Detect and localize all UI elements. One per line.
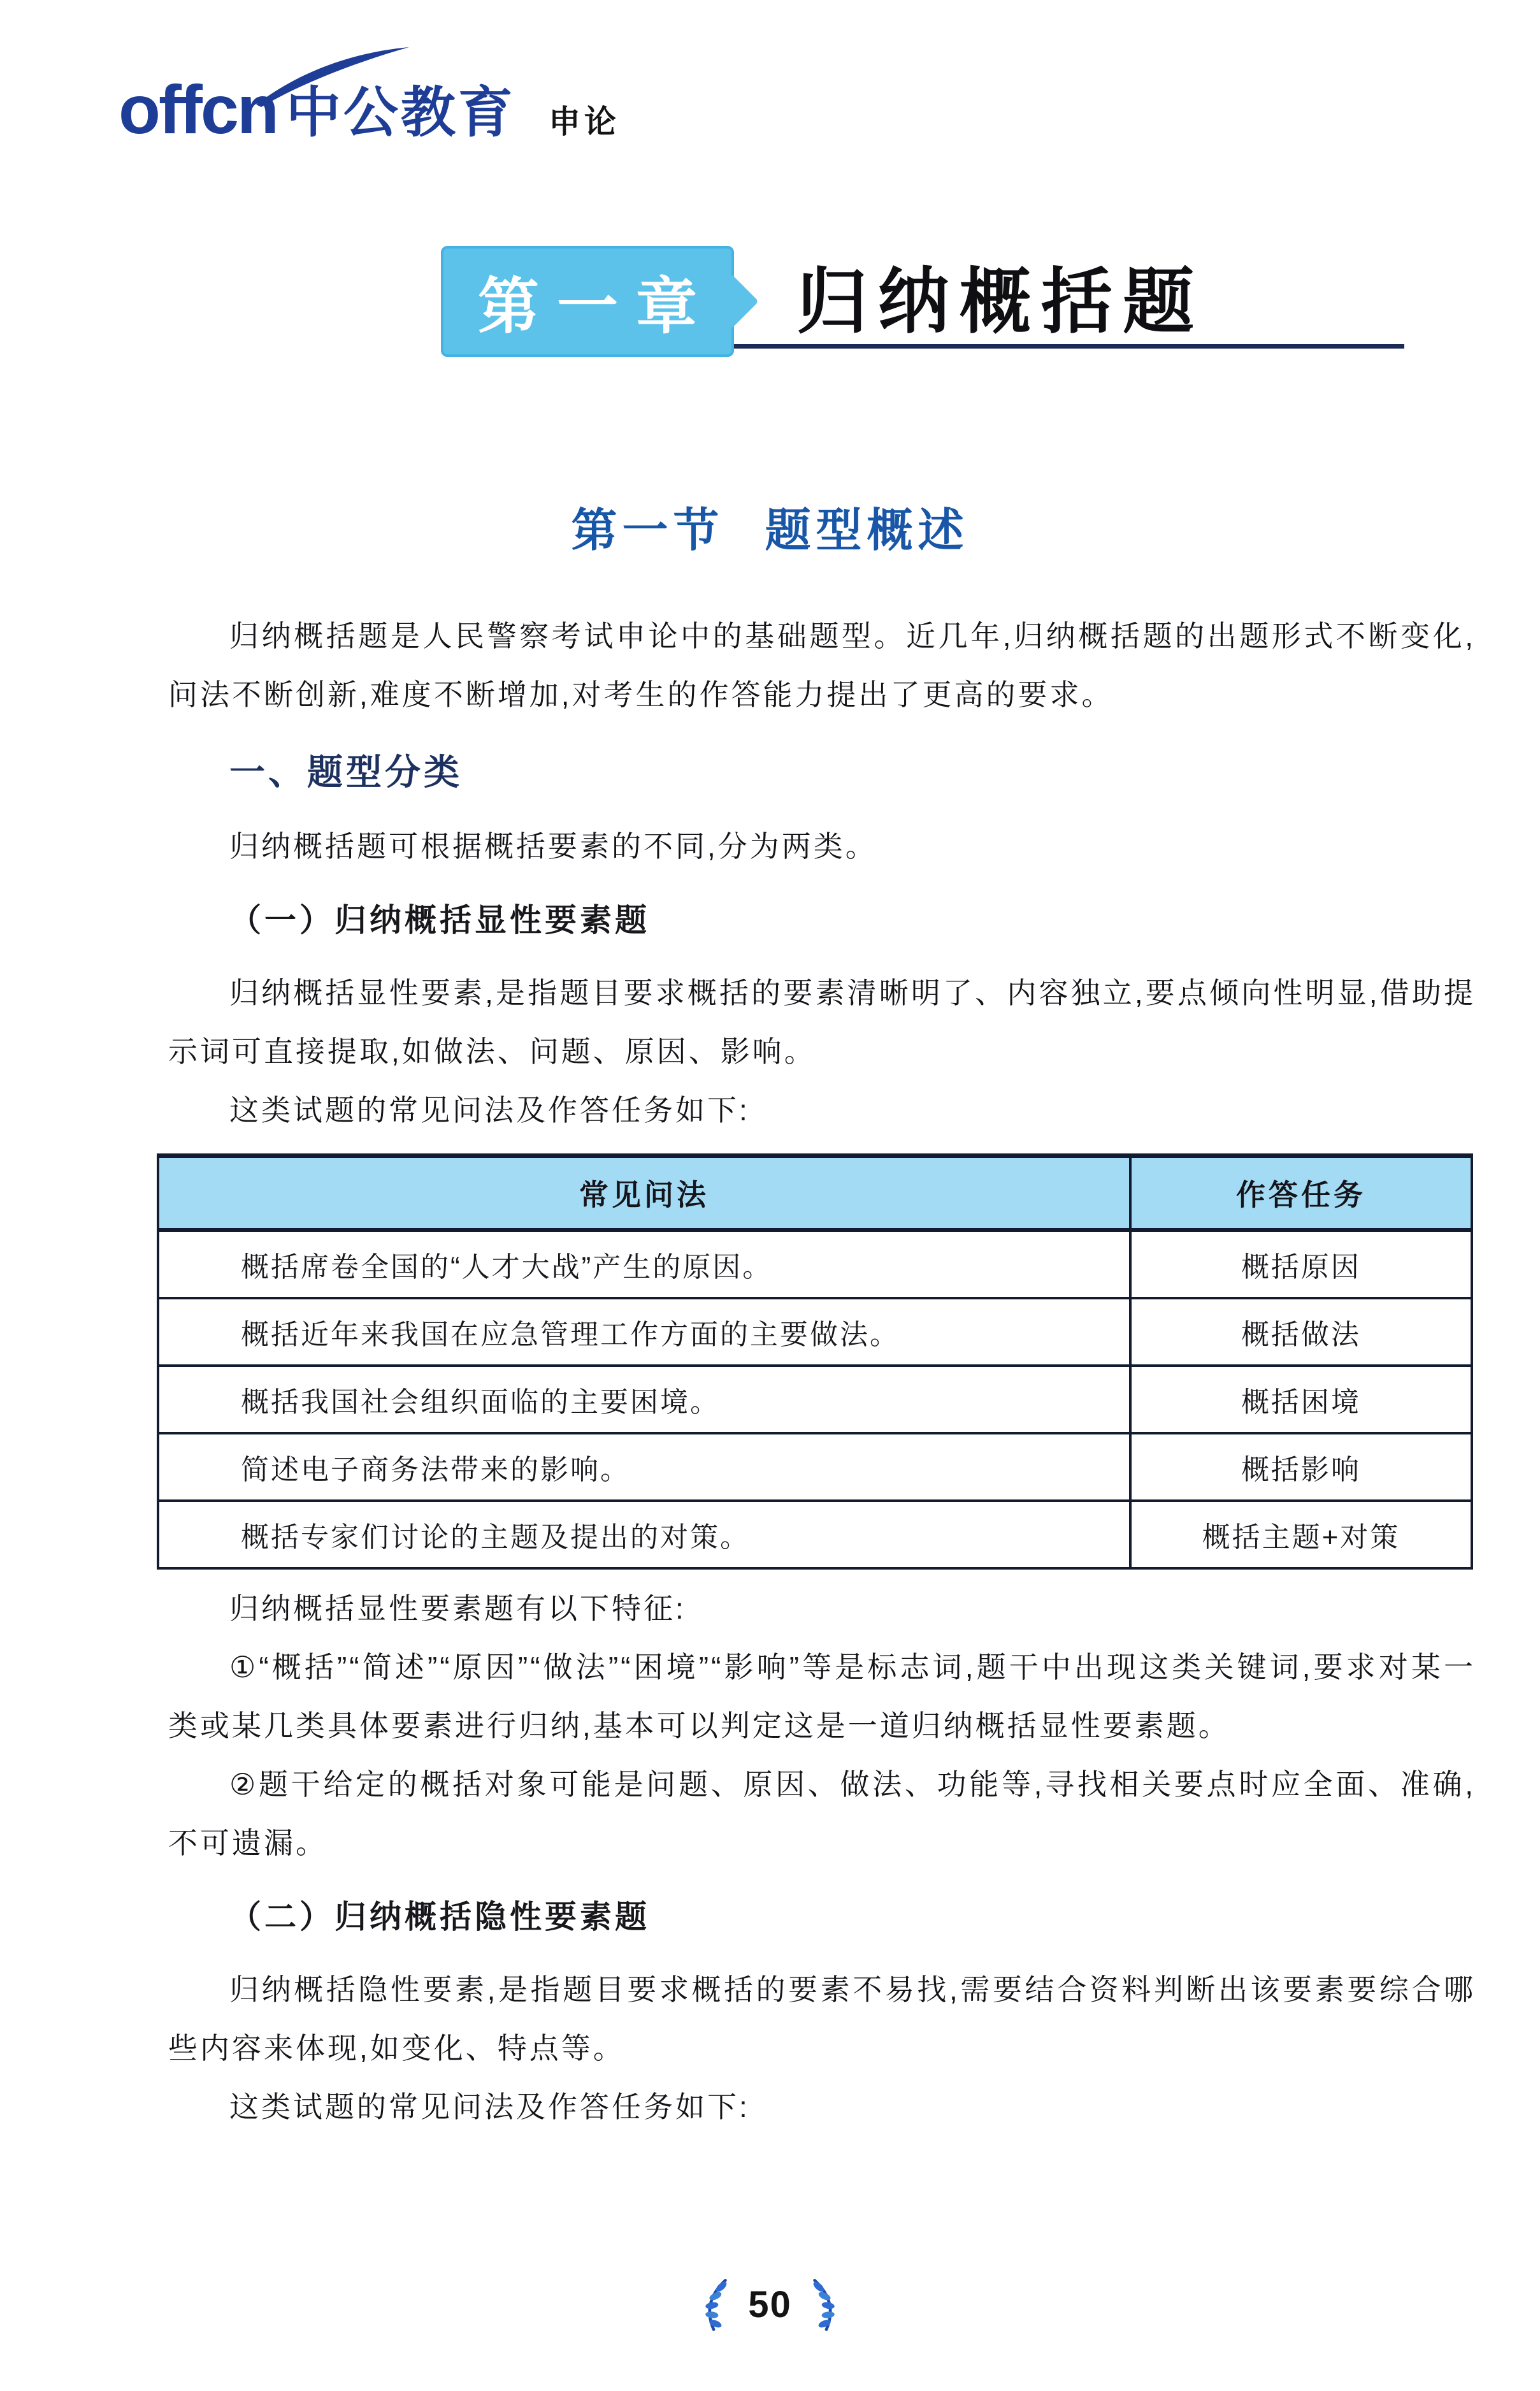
laurel-left-icon xyxy=(700,2276,729,2332)
features-lead-paragraph: 归纳概括显性要素题有以下特征: xyxy=(168,1579,1476,1638)
section-title: 题型概述 xyxy=(765,505,969,556)
question-cell: 概括近年来我国在应急管理工作方面的主要做法。 xyxy=(158,1298,1130,1366)
table-row: 概括席卷全国的“人才大战”产生的原因。 概括原因 xyxy=(158,1230,1472,1298)
offcn-swoosh-icon xyxy=(252,46,412,107)
feature-1-paragraph: ①“概括”“简述”“原因”“做法”“困境”“影响”等是标志词,题干中出现这类关键… xyxy=(168,1638,1476,1755)
classify-paragraph: 归纳概括题可根据概括要素的不同,分为两类。 xyxy=(168,817,1476,876)
laurel-right-icon xyxy=(811,2276,840,2332)
intro-paragraph: 归纳概括题是人民警察考试申论中的基础题型。近几年,归纳概括题的出题形式不断变化,… xyxy=(168,607,1476,724)
table-row: 概括专家们讨论的主题及提出的对策。 概括主题+对策 xyxy=(158,1501,1472,1568)
section-number: 第一节 xyxy=(571,505,724,556)
section-heading: 第一节题型概述 xyxy=(0,493,1540,560)
table-lead-implicit: 这类试题的常见问法及作答任务如下: xyxy=(168,2077,1476,2136)
book-page: offcn 中公教育 申论 第一章 归纳概括题 第一节题型概述 归纳概括题是人民… xyxy=(0,0,1540,2391)
chapter-title: 归纳概括题 xyxy=(796,245,1204,347)
task-cell: 概括原因 xyxy=(1130,1230,1472,1298)
heading-type-classification: 一、题型分类 xyxy=(168,740,1476,804)
body-text-lower: 归纳概括显性要素题有以下特征: ①“概括”“简述”“原因”“做法”“困境”“影响… xyxy=(168,1579,1476,2136)
table-header-row: 常见问法 作答任务 xyxy=(158,1156,1472,1231)
brand-logo: offcn 中公教育 申论 xyxy=(119,75,620,144)
table-lead-explicit: 这类试题的常见问法及作答任务如下: xyxy=(168,1081,1476,1139)
feature-2-paragraph: ②题干给定的概括对象可能是问题、原因、做法、功能等,寻找相关要点时应全面、准确,… xyxy=(168,1755,1476,1872)
question-cell: 概括我国社会组织面临的主要困境。 xyxy=(158,1366,1130,1433)
question-cell: 概括席卷全国的“人才大战”产生的原因。 xyxy=(158,1230,1130,1298)
task-cell: 概括做法 xyxy=(1130,1298,1472,1366)
table-header-task: 作答任务 xyxy=(1130,1156,1472,1231)
chapter-badge-label: 第一章 xyxy=(460,258,715,345)
table-row: 简述电子商务法带来的影响。 概括影响 xyxy=(158,1433,1472,1501)
offcn-wordmark: offcn xyxy=(119,75,277,144)
page-number: 50 xyxy=(748,2283,792,2326)
explicit-definition-paragraph: 归纳概括显性要素,是指题目要求概括的要素清晰明了、内容独立,要点倾向性明显,借助… xyxy=(168,964,1476,1081)
question-task-table: 常见问法 作答任务 概括席卷全国的“人才大战”产生的原因。 概括原因 概括近年来… xyxy=(157,1153,1473,1570)
table-row: 概括我国社会组织面临的主要困境。 概括困境 xyxy=(158,1366,1472,1433)
heading-implicit-elements: （二）归纳概括隐性要素题 xyxy=(168,1885,1476,1949)
body-text-upper: 归纳概括题是人民警察考试申论中的基础题型。近几年,归纳概括题的出题形式不断变化,… xyxy=(168,607,1476,1139)
implicit-definition-paragraph: 归纳概括隐性要素,是指题目要求概括的要素不易找,需要结合资料判断出该要素要综合哪… xyxy=(168,1960,1476,2077)
table-header-question: 常见问法 xyxy=(158,1156,1130,1231)
chapter-badge: 第一章 xyxy=(441,246,734,357)
task-cell: 概括主题+对策 xyxy=(1130,1501,1472,1568)
subject-label: 申论 xyxy=(549,106,620,144)
question-cell: 概括专家们讨论的主题及提出的对策。 xyxy=(158,1501,1130,1568)
task-cell: 概括影响 xyxy=(1130,1433,1472,1501)
heading-explicit-elements: （一）归纳概括显性要素题 xyxy=(168,888,1476,952)
task-cell: 概括困境 xyxy=(1130,1366,1472,1433)
question-cell: 简述电子商务法带来的影响。 xyxy=(158,1433,1130,1501)
table-row: 概括近年来我国在应急管理工作方面的主要做法。 概括做法 xyxy=(158,1298,1472,1366)
page-footer: 50 xyxy=(0,2276,1540,2332)
